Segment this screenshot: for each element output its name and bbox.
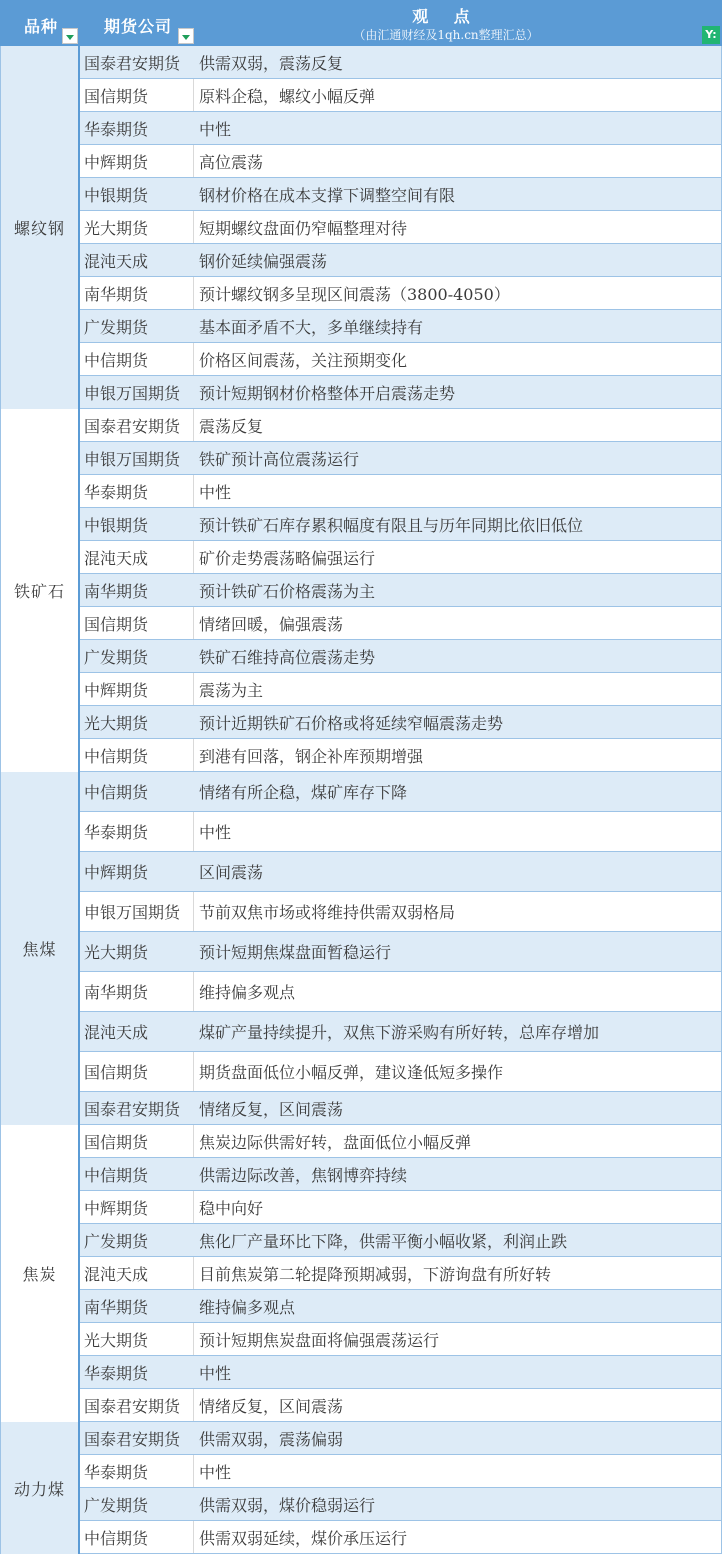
table-row: 中辉期货稳中向好	[80, 1191, 722, 1224]
view-cell: 供需双弱，煤价稳弱运行	[194, 1488, 722, 1520]
table-row: 申银万国期货节前双焦市场或将维持供需双弱格局	[80, 892, 722, 932]
company-cell: 申银万国期货	[80, 442, 194, 474]
view-cell: 中性	[194, 1455, 722, 1487]
table-row: 中辉期货震荡为主	[80, 673, 722, 706]
company-cell: 混沌天成	[80, 1257, 194, 1289]
variety-cell: 动力煤	[0, 1422, 80, 1554]
company-cell: 混沌天成	[80, 244, 194, 276]
view-cell: 短期螺纹盘面仍窄幅整理对待	[194, 211, 722, 243]
view-cell: 震荡反复	[194, 409, 722, 441]
view-cell: 价格区间震荡，关注预期变化	[194, 343, 722, 375]
view-cell: 矿价走势震荡略偏强运行	[194, 541, 722, 573]
company-cell: 华泰期货	[80, 1455, 194, 1487]
view-cell: 预计铁矿石价格震荡为主	[194, 574, 722, 606]
table-row: 广发期货焦化厂产量环比下降，供需平衡小幅收紧，利润止跌	[80, 1224, 722, 1257]
view-cell: 情绪反复，区间震荡	[194, 1389, 722, 1421]
filter-icon[interactable]: Y:	[702, 26, 720, 44]
company-cell: 中信期货	[80, 1158, 194, 1190]
view-cell: 维持偏多观点	[194, 972, 722, 1011]
table-row: 华泰期货中性	[80, 812, 722, 852]
view-cell: 期货盘面低位小幅反弹，建议逢低短多操作	[194, 1052, 722, 1091]
company-cell: 国泰君安期货	[80, 1389, 194, 1421]
header-view-label: 观 点	[196, 4, 696, 27]
company-cell: 广发期货	[80, 640, 194, 672]
table-row: 国信期货原料企稳，螺纹小幅反弹	[80, 79, 722, 112]
view-cell: 供需双弱，震荡偏弱	[194, 1422, 722, 1454]
futures-views-table: 品种 期货公司 观 点 （由汇通财经及1qh.cn整理汇总） Y: 螺纹钢 国泰…	[0, 0, 722, 1554]
header-variety: 品种	[0, 0, 80, 46]
company-cell: 中辉期货	[80, 1191, 194, 1223]
company-cell: 华泰期货	[80, 475, 194, 507]
header-view: 观 点 （由汇通财经及1qh.cn整理汇总） Y:	[196, 0, 722, 46]
table-row: 国泰君安期货震荡反复	[80, 409, 722, 442]
table-row: 南华期货预计铁矿石价格震荡为主	[80, 574, 722, 607]
view-cell: 节前双焦市场或将维持供需双弱格局	[194, 892, 722, 931]
view-cell: 预计短期焦炭盘面将偏强震荡运行	[194, 1323, 722, 1355]
table-row: 混沌天成煤矿产量持续提升，双焦下游采购有所好转，总库存增加	[80, 1012, 722, 1052]
table-row: 光大期货预计近期铁矿石价格或将延续窄幅震荡走势	[80, 706, 722, 739]
table-row: 南华期货预计螺纹钢多呈现区间震荡（3800-4050）	[80, 277, 722, 310]
table-row: 华泰期货中性	[80, 1356, 722, 1389]
table-row: 中银期货预计铁矿石库存累积幅度有限且与历年同期比依旧低位	[80, 508, 722, 541]
company-cell: 国信期货	[80, 79, 194, 111]
company-cell: 中辉期货	[80, 673, 194, 705]
company-cell: 广发期货	[80, 310, 194, 342]
table-row: 广发期货基本面矛盾不大，多单继续持有	[80, 310, 722, 343]
table-row: 光大期货短期螺纹盘面仍窄幅整理对待	[80, 211, 722, 244]
table-row: 申银万国期货预计短期钢材价格整体开启震荡走势	[80, 376, 722, 409]
view-cell: 供需边际改善，焦钢博弈持续	[194, 1158, 722, 1190]
table-row: 国泰君安期货情绪反复，区间震荡	[80, 1389, 722, 1422]
table-row: 中信期货情绪有所企稳，煤矿库存下降	[80, 772, 722, 812]
table-row: 国信期货期货盘面低位小幅反弹，建议逢低短多操作	[80, 1052, 722, 1092]
view-cell: 预计铁矿石库存累积幅度有限且与历年同期比依旧低位	[194, 508, 722, 540]
view-cell: 中性	[194, 475, 722, 507]
company-cell: 南华期货	[80, 574, 194, 606]
table-row: 光大期货预计短期焦炭盘面将偏强震荡运行	[80, 1323, 722, 1356]
company-cell: 南华期货	[80, 1290, 194, 1322]
view-cell: 供需双弱，震荡反复	[194, 46, 722, 78]
table-row: 中信期货供需边际改善，焦钢博弈持续	[80, 1158, 722, 1191]
group-iron-ore: 铁矿石 国泰君安期货震荡反复 申银万国期货铁矿预计高位震荡运行 华泰期货中性 中…	[0, 409, 722, 772]
company-cell: 中信期货	[80, 772, 194, 811]
company-cell: 中辉期货	[80, 852, 194, 891]
company-cell: 中辉期货	[80, 145, 194, 177]
table-row: 中信期货到港有回落，钢企补库预期增强	[80, 739, 722, 772]
company-cell: 混沌天成	[80, 541, 194, 573]
view-cell: 中性	[194, 112, 722, 144]
table-row: 华泰期货中性	[80, 475, 722, 508]
header-view-sublabel: （由汇通财经及1qh.cn整理汇总）	[196, 26, 696, 43]
group-rebar: 螺纹钢 国泰君安期货供需双弱，震荡反复 国信期货原料企稳，螺纹小幅反弹 华泰期货…	[0, 46, 722, 409]
company-cell: 光大期货	[80, 932, 194, 971]
company-cell: 国信期货	[80, 1052, 194, 1091]
company-cell: 申银万国期货	[80, 892, 194, 931]
company-cell: 国信期货	[80, 1125, 194, 1157]
company-filter-dropdown-icon[interactable]	[178, 28, 194, 44]
table-row: 申银万国期货铁矿预计高位震荡运行	[80, 442, 722, 475]
table-header: 品种 期货公司 观 点 （由汇通财经及1qh.cn整理汇总） Y:	[0, 0, 722, 46]
view-cell: 原料企稳，螺纹小幅反弹	[194, 79, 722, 111]
table-row: 国信期货情绪回暖，偏强震荡	[80, 607, 722, 640]
group-thermal-coal: 动力煤 国泰君安期货供需双弱，震荡偏弱 华泰期货中性 广发期货供需双弱，煤价稳弱…	[0, 1422, 722, 1554]
company-cell: 国信期货	[80, 607, 194, 639]
company-cell: 华泰期货	[80, 812, 194, 851]
table-row: 中信期货供需双弱延续，煤价承压运行	[80, 1521, 722, 1554]
company-cell: 南华期货	[80, 277, 194, 309]
company-cell: 光大期货	[80, 211, 194, 243]
group-coking-coal: 焦煤 中信期货情绪有所企稳，煤矿库存下降 华泰期货中性 中辉期货区间震荡 申银万…	[0, 772, 722, 1125]
table-row: 中银期货钢材价格在成本支撑下调整空间有限	[80, 178, 722, 211]
table-row: 国信期货焦炭边际供需好转，盘面低位小幅反弹	[80, 1125, 722, 1158]
table-row: 南华期货维持偏多观点	[80, 1290, 722, 1323]
view-cell: 中性	[194, 1356, 722, 1388]
view-cell: 维持偏多观点	[194, 1290, 722, 1322]
company-cell: 国泰君安期货	[80, 46, 194, 78]
view-cell: 钢价延续偏强震荡	[194, 244, 722, 276]
table-row: 中信期货价格区间震荡，关注预期变化	[80, 343, 722, 376]
table-row: 混沌天成矿价走势震荡略偏强运行	[80, 541, 722, 574]
company-cell: 中信期货	[80, 343, 194, 375]
company-cell: 华泰期货	[80, 112, 194, 144]
view-cell: 情绪反复，区间震荡	[194, 1092, 722, 1124]
view-cell: 震荡为主	[194, 673, 722, 705]
view-cell: 高位震荡	[194, 145, 722, 177]
variety-cell: 焦煤	[0, 772, 80, 1125]
company-cell: 中信期货	[80, 1521, 194, 1553]
variety-filter-dropdown-icon[interactable]	[62, 28, 78, 44]
company-cell: 中银期货	[80, 178, 194, 210]
view-cell: 预计短期钢材价格整体开启震荡走势	[194, 376, 722, 408]
group-coke: 焦炭 国信期货焦炭边际供需好转，盘面低位小幅反弹 中信期货供需边际改善，焦钢博弈…	[0, 1125, 722, 1422]
table-row: 广发期货铁矿石维持高位震荡走势	[80, 640, 722, 673]
view-cell: 供需双弱延续，煤价承压运行	[194, 1521, 722, 1553]
view-cell: 焦化厂产量环比下降，供需平衡小幅收紧，利润止跌	[194, 1224, 722, 1256]
table-row: 中辉期货高位震荡	[80, 145, 722, 178]
company-cell: 国泰君安期货	[80, 1422, 194, 1454]
company-cell: 中信期货	[80, 739, 194, 771]
view-cell: 预计螺纹钢多呈现区间震荡（3800-4050）	[194, 277, 722, 309]
header-company: 期货公司	[82, 0, 196, 46]
table-row: 光大期货预计短期焦煤盘面暂稳运行	[80, 932, 722, 972]
table-row: 南华期货维持偏多观点	[80, 972, 722, 1012]
company-cell: 国泰君安期货	[80, 409, 194, 441]
company-cell: 广发期货	[80, 1224, 194, 1256]
company-cell: 申银万国期货	[80, 376, 194, 408]
variety-cell: 铁矿石	[0, 409, 80, 772]
table-row: 中辉期货区间震荡	[80, 852, 722, 892]
view-cell: 钢材价格在成本支撑下调整空间有限	[194, 178, 722, 210]
view-cell: 到港有回落，钢企补库预期增强	[194, 739, 722, 771]
table-row: 国泰君安期货情绪反复，区间震荡	[80, 1092, 722, 1125]
table-row: 华泰期货中性	[80, 1455, 722, 1488]
table-row: 国泰君安期货供需双弱，震荡反复	[80, 46, 722, 79]
table-row: 混沌天成目前焦炭第二轮提降预期减弱，下游询盘有所好转	[80, 1257, 722, 1290]
view-cell: 目前焦炭第二轮提降预期减弱，下游询盘有所好转	[194, 1257, 722, 1289]
company-cell: 光大期货	[80, 706, 194, 738]
table-row: 广发期货供需双弱，煤价稳弱运行	[80, 1488, 722, 1521]
variety-cell: 焦炭	[0, 1125, 80, 1422]
view-cell: 焦炭边际供需好转，盘面低位小幅反弹	[194, 1125, 722, 1157]
view-cell: 预计短期焦煤盘面暂稳运行	[194, 932, 722, 971]
header-variety-label: 品种	[24, 14, 58, 37]
header-company-label: 期货公司	[104, 14, 172, 37]
company-cell: 广发期货	[80, 1488, 194, 1520]
view-cell: 铁矿石维持高位震荡走势	[194, 640, 722, 672]
view-cell: 情绪回暖，偏强震荡	[194, 607, 722, 639]
view-cell: 煤矿产量持续提升，双焦下游采购有所好转，总库存增加	[194, 1012, 722, 1051]
view-cell: 铁矿预计高位震荡运行	[194, 442, 722, 474]
view-cell: 稳中向好	[194, 1191, 722, 1223]
table-row: 混沌天成钢价延续偏强震荡	[80, 244, 722, 277]
company-cell: 中银期货	[80, 508, 194, 540]
company-cell: 混沌天成	[80, 1012, 194, 1051]
view-cell: 区间震荡	[194, 852, 722, 891]
variety-cell: 螺纹钢	[0, 46, 80, 409]
view-cell: 预计近期铁矿石价格或将延续窄幅震荡走势	[194, 706, 722, 738]
view-cell: 中性	[194, 812, 722, 851]
company-cell: 南华期货	[80, 972, 194, 1011]
view-cell: 情绪有所企稳，煤矿库存下降	[194, 772, 722, 811]
company-cell: 光大期货	[80, 1323, 194, 1355]
company-cell: 华泰期货	[80, 1356, 194, 1388]
table-row: 国泰君安期货供需双弱，震荡偏弱	[80, 1422, 722, 1455]
view-cell: 基本面矛盾不大，多单继续持有	[194, 310, 722, 342]
table-row: 华泰期货中性	[80, 112, 722, 145]
company-cell: 国泰君安期货	[80, 1092, 194, 1124]
